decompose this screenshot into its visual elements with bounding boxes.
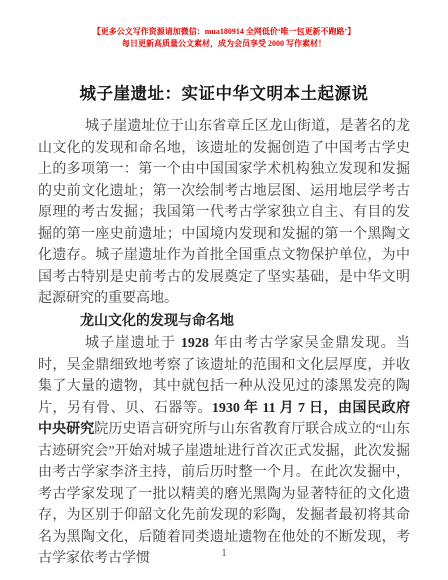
text-run: 城子崖遗址于 (85, 336, 181, 351)
watermark-line-2: 每日更新高质量公文素材，成为会员享受 2000 写作素材！ (0, 38, 448, 50)
section-heading: 龙山文化的发现与命名地 (38, 311, 410, 333)
text-run-bold: 龙山文化的发现与命名地 (80, 314, 234, 329)
page-number: 1 (0, 548, 448, 559)
text-run-bold: 1928 (181, 336, 209, 351)
watermark-line-1: 【更多公文写作资源请加微信：mua180914 全网低价‘唯一包更新不跑路’】 (0, 26, 448, 38)
document-body: 城子崖遗址位于山东省章丘区龙山街道，是著名的龙山文化的发现和命名地，该遗址的发掘… (38, 116, 410, 570)
document-page: 【更多公文写作资源请加微信：mua180914 全网低价‘唯一包更新不跑路’】 … (0, 0, 448, 580)
text-run: 院历史语言研究所与山东省教育厅联合成立的“山东古迹研究会”开始对城子崖遗址进行首… (38, 422, 410, 566)
text-run: 城子崖遗址位于山东省章丘区龙山街道，是著名的龙山文化的发现和命名地，该遗址的发掘… (38, 119, 410, 306)
paragraph: 城子崖遗址位于山东省章丘区龙山街道，是著名的龙山文化的发现和命名地，该遗址的发掘… (38, 116, 410, 310)
page-title: 城子崖遗址：实证中华文明本土起源说 (20, 84, 428, 104)
paragraph: 城子崖遗址于 1928 年由考古学家吴金鼎发现。当时，吴金鼎细致地考察了该遗址的… (38, 333, 410, 570)
watermark-ad: 【更多公文写作资源请加微信：mua180914 全网低价‘唯一包更新不跑路’】 … (0, 0, 448, 49)
